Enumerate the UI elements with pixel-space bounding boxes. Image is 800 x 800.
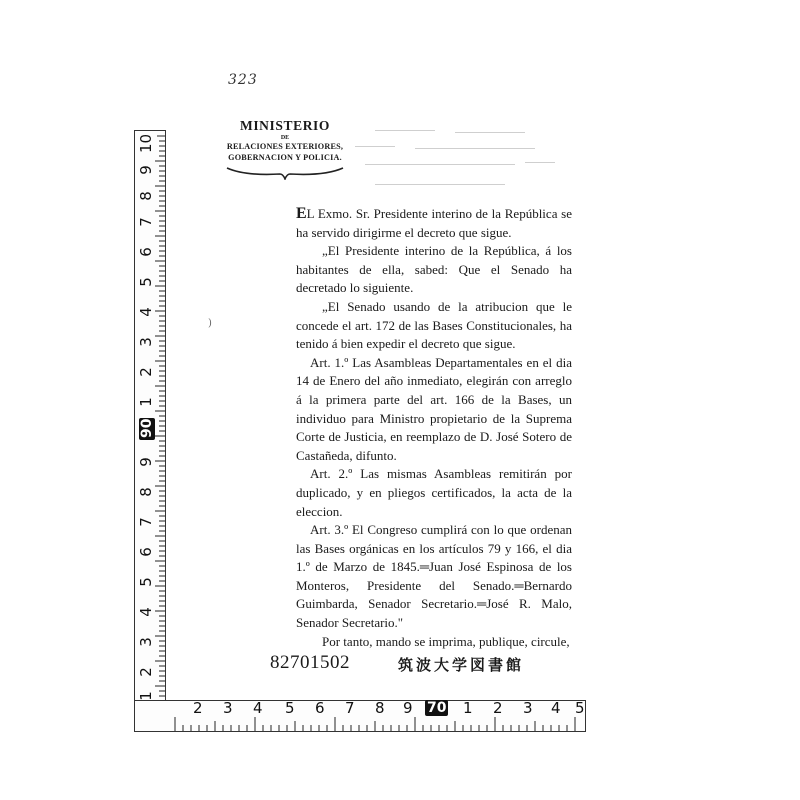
article-2: Art. 2.º Las mismas Asambleas remitirán … <box>296 465 572 521</box>
scanned-page: 323 MINISTERIO DE RELACIONES EXTERIORES,… <box>0 0 800 800</box>
ruler-label: 8 <box>375 699 385 717</box>
ruler-label: 5 <box>137 573 155 591</box>
ruler-label: 3 <box>137 633 155 651</box>
ruler-label: 6 <box>137 543 155 561</box>
ruler-label: 5 <box>285 699 295 717</box>
ruler-label: 2 <box>193 699 203 717</box>
ruler-label: 2 <box>493 699 503 717</box>
ruler-label: 3 <box>223 699 233 717</box>
ruler-label: 4 <box>137 603 155 621</box>
ruler-label: 4 <box>551 699 561 717</box>
header-title: MINISTERIO <box>215 118 355 134</box>
ruler-label: 10 <box>137 135 155 153</box>
header-line-2: GOBERNACION Y POLICIA. <box>215 152 355 163</box>
paragraph-senate: „El Senado usando de la atribucion que l… <box>296 298 572 354</box>
article-1: Art. 1.º Las Asambleas Departamentales e… <box>296 354 572 466</box>
ruler-label: 9 <box>137 453 155 471</box>
ruler-label: 7 <box>345 699 355 717</box>
accession-number: 82701502 <box>270 652 350 674</box>
vertical-ruler: 10 9 8 7 6 5 4 3 2 1 90 9 8 7 6 5 4 3 2 … <box>134 130 166 732</box>
header-line-1: RELACIONES EXTERIORES, <box>215 141 355 152</box>
ruler-label: 1 <box>463 699 473 717</box>
ruler-label: 2 <box>137 663 155 681</box>
bleed-through-marks <box>355 122 565 202</box>
ruler-label: 8 <box>137 483 155 501</box>
ruler-label: 3 <box>523 699 533 717</box>
ornamental-brace-icon <box>225 166 345 180</box>
ruler-label-badge: 70 <box>425 700 448 716</box>
ruler-label: 6 <box>315 699 325 717</box>
ruler-label: 1 <box>137 393 155 411</box>
ruler-label: 2 <box>137 363 155 381</box>
ruler-label: 5 <box>575 699 585 717</box>
ruler-label: 7 <box>137 513 155 531</box>
paragraph-president: „El Presidente interino de la República,… <box>296 242 572 298</box>
ruler-label: 4 <box>253 699 263 717</box>
horizontal-ruler: 2 3 4 5 6 7 8 9 70 1 2 3 4 5 <box>134 700 586 732</box>
folio-number: 323 <box>228 72 258 88</box>
paragraph-intro: EL Exmo. Sr. Presidente interino de la R… <box>296 205 572 242</box>
article-3: Art. 3.º El Congreso cumplirá con lo que… <box>296 521 572 633</box>
ruler-label: 7 <box>137 213 155 231</box>
ruler-label: 9 <box>137 161 155 179</box>
paragraph-closing: Por tanto, mando se imprima, publique, c… <box>296 633 572 652</box>
ruler-label: 9 <box>403 699 413 717</box>
ruler-label: 4 <box>137 303 155 321</box>
library-stamp: 筑波大学図書館 <box>398 654 524 675</box>
ruler-label: 8 <box>137 187 155 205</box>
margin-mark: ) <box>208 318 212 329</box>
drop-cap: E <box>296 205 307 222</box>
ministry-header: MINISTERIO DE RELACIONES EXTERIORES, GOB… <box>215 118 355 180</box>
ruler-label-badge: 90 <box>139 418 155 440</box>
ruler-label: 5 <box>137 273 155 291</box>
ruler-label: 3 <box>137 333 155 351</box>
decree-text: EL Exmo. Sr. Presidente interino de la R… <box>296 205 572 651</box>
ruler-label: 6 <box>137 243 155 261</box>
